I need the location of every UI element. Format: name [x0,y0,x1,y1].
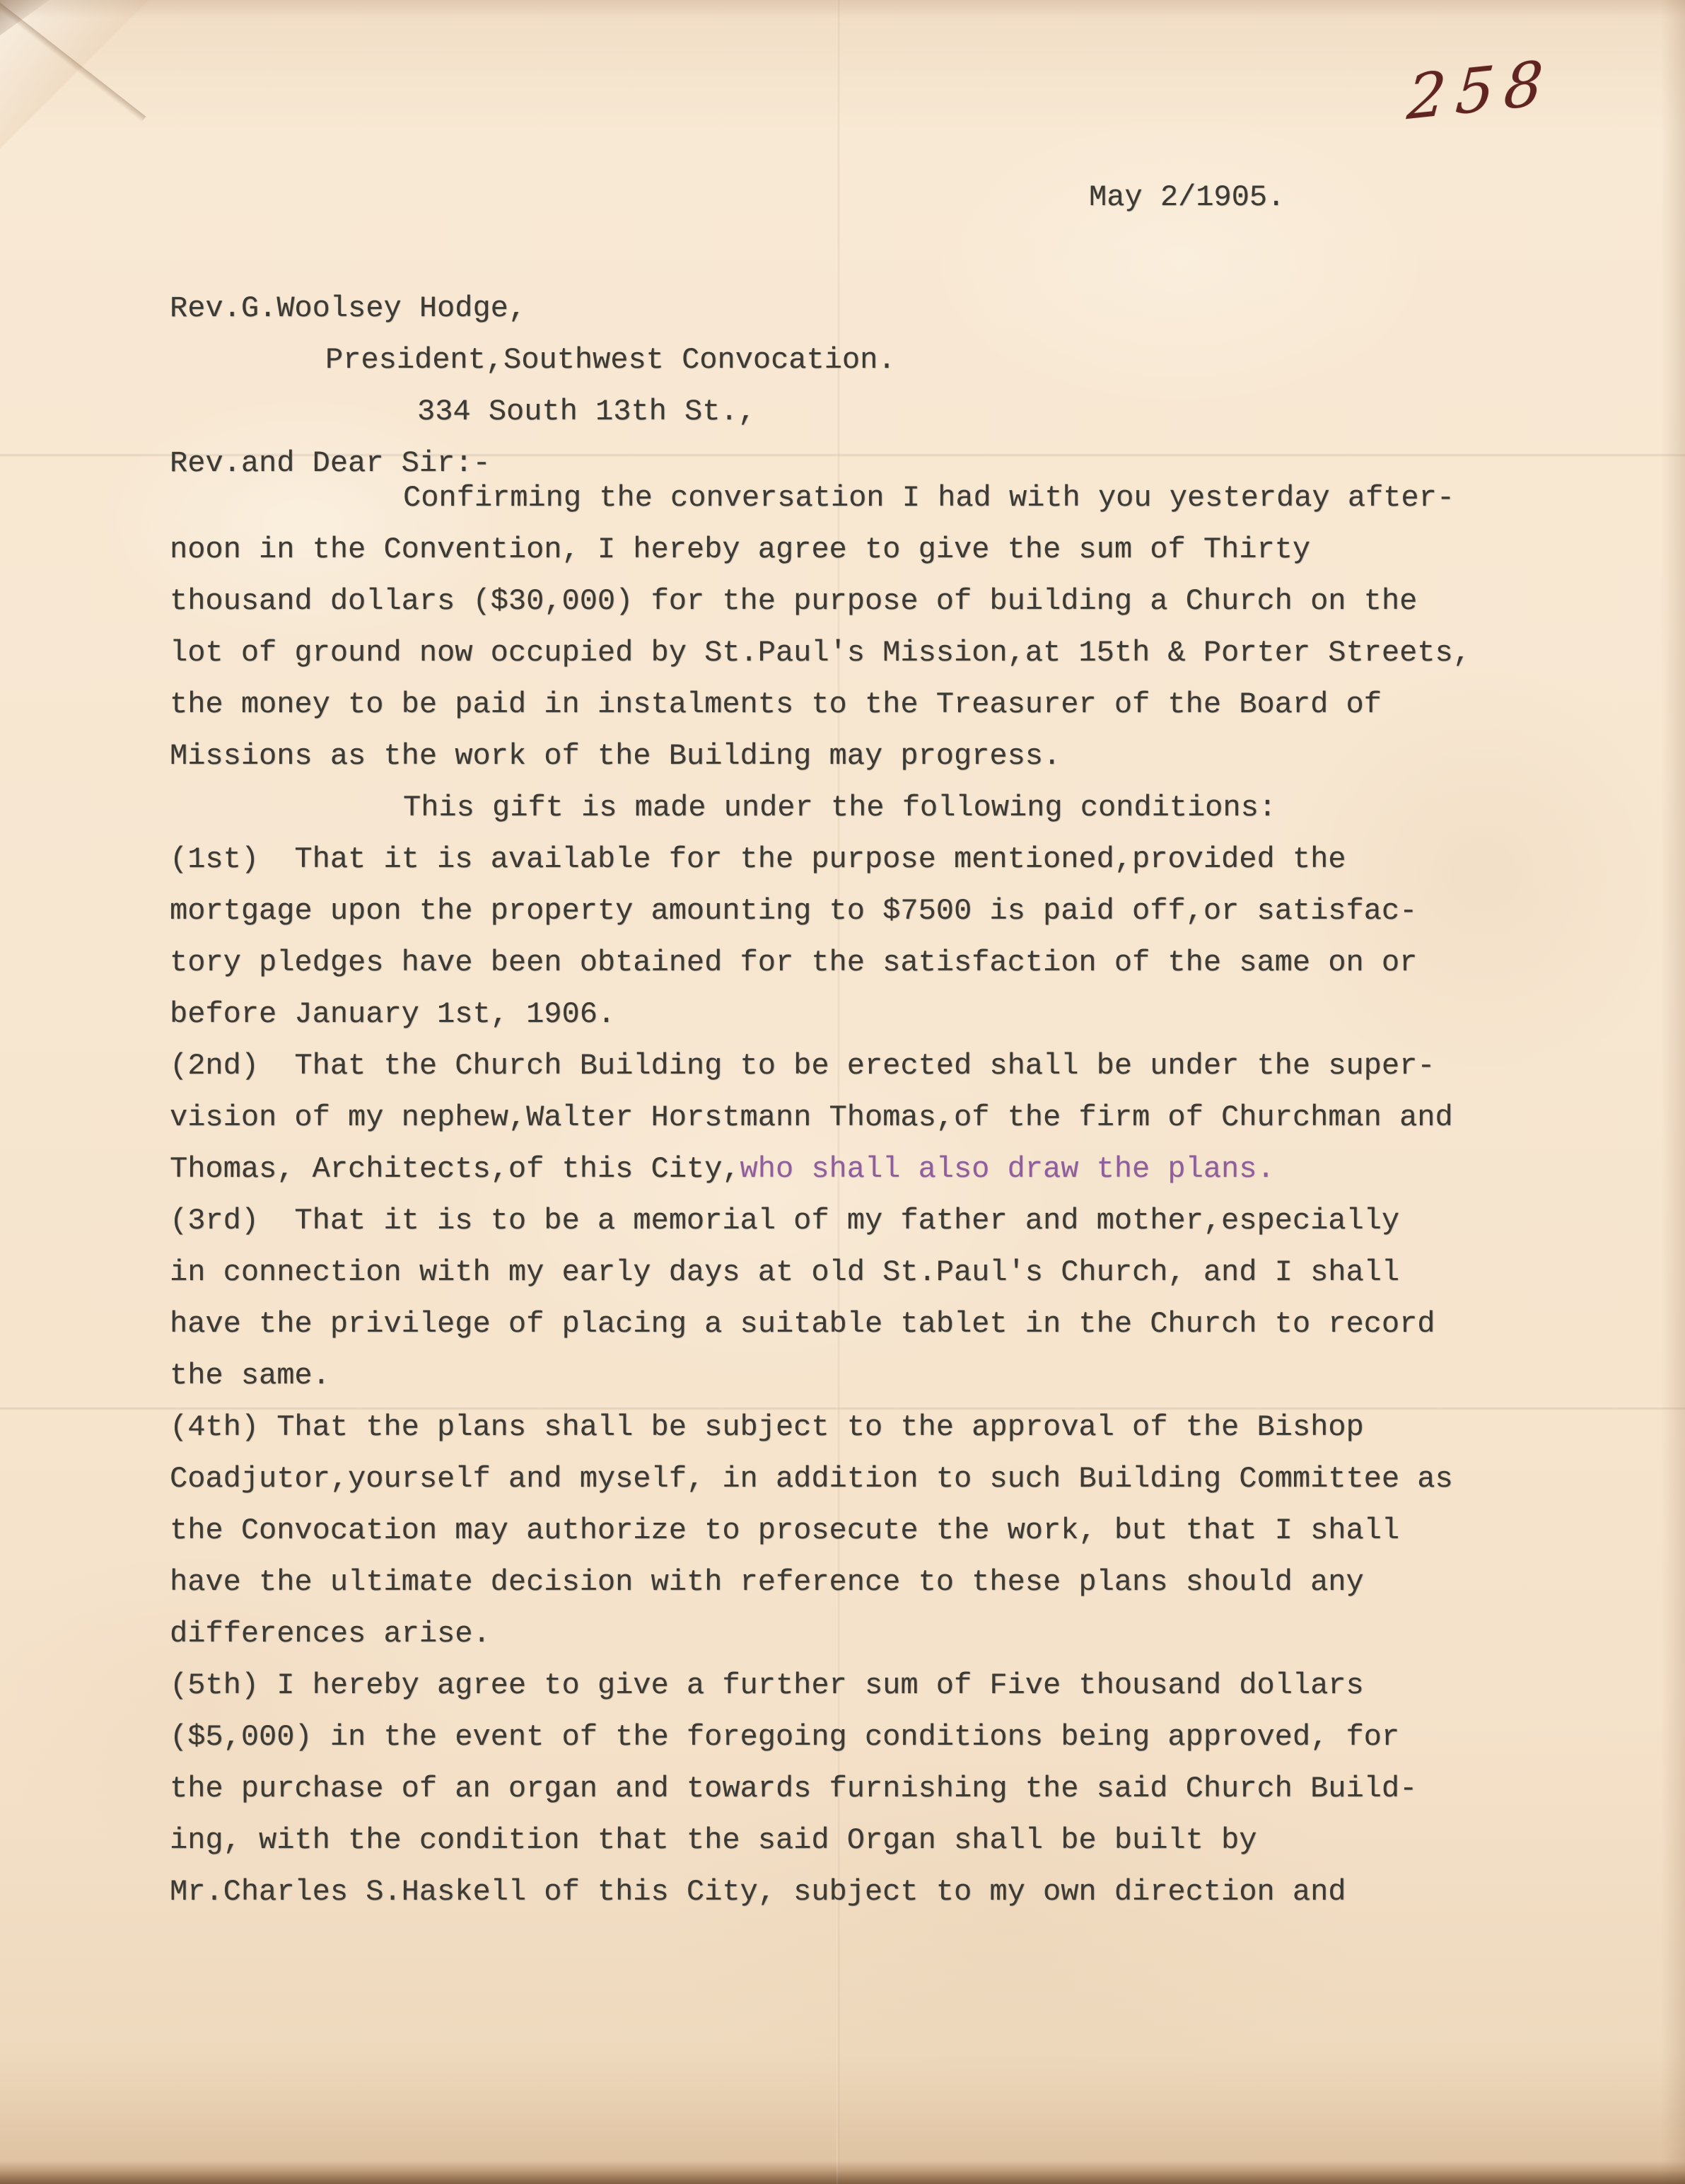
letter-line: ($5,000) in the event of the foregoing c… [170,1712,1584,1763]
letter-line: (2nd) That the Church Building to be ere… [170,1040,1584,1092]
handwritten-page-number: 258 [1405,47,1555,134]
typewritten-text: differences arise. [170,1617,491,1651]
letter-line: (4th) That the plans shall be subject to… [170,1402,1584,1453]
letter-line: the Convocation may authorize to prosecu… [170,1505,1584,1557]
typewritten-text: (4th) That the plans shall be subject to… [170,1410,1364,1444]
letter-line: have the ultimate decision with referenc… [170,1557,1584,1608]
typewritten-text: before January 1st, 1906. [170,997,615,1031]
typewritten-text: ing, with the condition that the said Or… [170,1823,1257,1857]
typewritten-text: the same. [170,1359,330,1393]
letter-line: differences arise. [170,1608,1584,1660]
letter-line: (1st) That it is available for the purpo… [170,834,1584,885]
letter-line: vision of my nephew,Walter Horstmann Tho… [170,1092,1584,1144]
typewritten-text: Confirming the conversation I had with y… [403,481,1454,515]
violet-ink-text: who shall also draw the plans. [740,1152,1275,1186]
typewritten-text: This gift is made under the following co… [403,791,1276,825]
letter-line: mortgage upon the property amounting to … [170,885,1584,937]
letter-line: in connection with my early days at old … [170,1247,1584,1299]
typewritten-text: Mr.Charles S.Haskell of this City, subje… [170,1875,1346,1909]
letter-line: Mr.Charles S.Haskell of this City, subje… [170,1866,1584,1918]
typewritten-text: (3rd) That it is to be a memorial of my … [170,1204,1399,1238]
recipient-street: 334 South 13th St., [170,386,896,438]
typewritten-text: Missions as the work of the Building may… [170,739,1061,773]
typewritten-text: ($5,000) in the event of the foregoing c… [170,1720,1399,1754]
corner-tear [0,0,49,35]
typewritten-text: the money to be paid in instalments to t… [170,687,1382,721]
typewritten-text: noon in the Convention, I hereby agree t… [170,533,1310,567]
letter-line: the money to be paid in instalments to t… [170,679,1584,731]
letter-line: (5th) I hereby agree to give a further s… [170,1660,1584,1712]
recipient-title: President,Southwest Convocation. [170,335,896,386]
corner-fold [0,0,148,149]
typewritten-text: thousand dollars ($30,000) for the purpo… [170,584,1417,618]
typewritten-text: in connection with my early days at old … [170,1255,1399,1289]
paper-edge-shadow-top [0,0,1685,18]
typewritten-text: have the ultimate decision with referenc… [170,1565,1364,1599]
letter-line: have the privilege of placing a suitable… [170,1299,1584,1350]
typewritten-text: the Convocation may authorize to prosecu… [170,1514,1399,1547]
recipient-name: Rev.G.Woolsey Hodge, [170,283,896,335]
typewritten-text: (5th) I hereby agree to give a further s… [170,1668,1364,1702]
letter-line: ing, with the condition that the said Or… [170,1815,1584,1866]
letter-line: the same. [170,1350,1584,1402]
letter-line: Missions as the work of the Building may… [170,731,1584,782]
letter-line: (3rd) That it is to be a memorial of my … [170,1195,1584,1247]
typewritten-text: the purchase of an organ and towards fur… [170,1772,1417,1806]
scanned-letter-page: 258 May 2/1905. Rev.G.Woolsey Hodge, Pre… [0,0,1685,2184]
typewritten-text: Thomas, Architects,of this City, [170,1152,740,1186]
letter-line: This gift is made under the following co… [170,782,1584,834]
typewritten-text: Coadjutor,yourself and myself, in additi… [170,1462,1453,1496]
paper-edge-shadow-right [1661,0,1685,2184]
letter-line: thousand dollars ($30,000) for the purpo… [170,576,1584,627]
letter-line: the purchase of an organ and towards fur… [170,1763,1584,1815]
letter-line: lot of ground now occupied by St.Paul's … [170,627,1584,679]
paper-edge-shadow-bottom [0,2160,1685,2184]
letter-line: Thomas, Architects,of this City,who shal… [170,1144,1584,1195]
typewritten-text: (2nd) That the Church Building to be ere… [170,1049,1435,1083]
letter-date: May 2/1905. [1089,172,1285,223]
corner-crease-line [0,0,146,122]
typewritten-text: have the privilege of placing a suitable… [170,1307,1435,1341]
letter-line: Confirming the conversation I had with y… [170,472,1584,524]
typewritten-text: lot of ground now occupied by St.Paul's … [170,636,1471,670]
typewritten-text: vision of my nephew,Walter Horstmann Tho… [170,1100,1453,1134]
letter-line: tory pledges have been obtained for the … [170,937,1584,989]
letter-body: Confirming the conversation I had with y… [170,472,1584,1918]
typewritten-text: (1st) That it is available for the purpo… [170,842,1346,876]
typewritten-text: tory pledges have been obtained for the … [170,946,1417,980]
letter-line: noon in the Convention, I hereby agree t… [170,524,1584,576]
letter-line: Coadjutor,yourself and myself, in additi… [170,1453,1584,1505]
letter-line: before January 1st, 1906. [170,989,1584,1040]
recipient-address-block: Rev.G.Woolsey Hodge, President,Southwest… [170,283,896,489]
typewritten-text: mortgage upon the property amounting to … [170,894,1417,928]
